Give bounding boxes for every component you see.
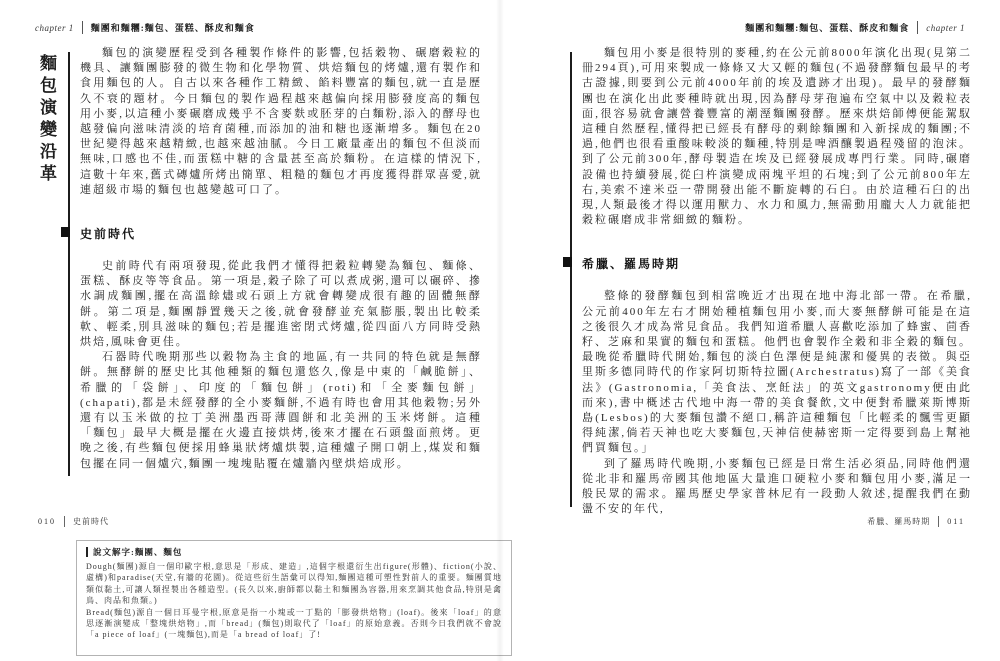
section-heading-prehistoric: 史前時代 [80, 225, 482, 242]
body-paragraph: 史前時代有兩項發現,從此我們才懂得把穀粒轉變為麵包、麵條、蛋糕、酥皮等等食品。第… [80, 259, 482, 350]
header-divider-rule [82, 21, 83, 34]
etymology-note-paragraph: Bread(麵包)源自一個日耳曼字根,原意是指一小塊或一丁點的「膨發烘焙物」(l… [86, 607, 502, 641]
folio-divider-rule [938, 516, 939, 527]
body-paragraph: 到了羅馬時代晚期,小麥麵包已經是日常生活必須品,同時他們還從北非和羅馬帝國其他地… [582, 457, 972, 518]
etymology-note-title: 說文解字:麵團、麵包 [93, 546, 182, 558]
text-column-left: 麵包的演變歷程受到各種製作條件的影響,包括穀物、碾磨穀粒的機具、讓麵團膨發的微生… [80, 46, 482, 472]
folio-left: 010 史前時代 [38, 516, 109, 527]
etymology-note-paragraph: Dough(麵團)源自一個印歐字根,意思是「形成、建造」,這個字根還衍生出fig… [86, 561, 502, 607]
folio-right: 希臘、羅馬時期 011 [867, 516, 965, 527]
section-marker-icon [61, 227, 70, 237]
page-number: 011 [947, 517, 965, 526]
etymology-note-box: 說文解字:麵團、麵包 Dough(麵團)源自一個印歐字根,意思是「形成、建造」,… [76, 540, 512, 656]
margin-rule-left [68, 52, 70, 476]
chapter-label: chapter 1 [926, 23, 965, 33]
section-heading-text: 史前時代 [80, 227, 136, 241]
running-head-title: 麵團和麵糰:麵包、蛋糕、酥皮和麵食 [745, 21, 909, 34]
body-paragraph: 整條的發酵麵包到相當晚近才出現在地中海北部一帶。在希臘,公元前400年左右才開始… [582, 289, 972, 456]
section-marker-icon [563, 257, 572, 267]
page-number: 010 [38, 517, 56, 526]
note-title-bar-icon [86, 547, 88, 557]
folio-section-label: 史前時代 [73, 516, 109, 527]
body-paragraph: 麵包用小麥是很特別的麥種,約在公元前8000年演化出現(見第二冊294頁),可用… [582, 46, 972, 228]
section-heading-greek-roman: 希臘、羅馬時期 [582, 255, 972, 272]
header-divider-rule [917, 21, 918, 34]
folio-divider-rule [64, 516, 65, 527]
chapter-vertical-title: 麵包演變沿革 [34, 54, 59, 214]
running-head-left: chapter 1 麵團和麵糰:麵包、蛋糕、酥皮和麵食 [35, 21, 255, 34]
margin-rule-right [570, 52, 572, 507]
etymology-note-title-row: 說文解字:麵團、麵包 [86, 546, 502, 558]
intro-paragraph: 麵包的演變歷程受到各種製作條件的影響,包括穀物、碾磨穀粒的機具、讓麵團膨發的微生… [80, 46, 482, 198]
chapter-label: chapter 1 [35, 23, 74, 33]
running-head-right: 麵團和麵糰:麵包、蛋糕、酥皮和麵食 chapter 1 [745, 21, 965, 34]
body-paragraph: 石器時代晚期那些以穀物為主食的地區,有一共同的特色就是無酵餅。無酵餅的歷史比其他… [80, 350, 482, 472]
book-spread: chapter 1 麵團和麵糰:麵包、蛋糕、酥皮和麵食 麵包演變沿革 麵包的演變… [0, 0, 1000, 661]
running-head-title: 麵團和麵糰:麵包、蛋糕、酥皮和麵食 [91, 21, 255, 34]
folio-section-label: 希臘、羅馬時期 [867, 516, 930, 527]
section-heading-text: 希臘、羅馬時期 [582, 257, 680, 271]
page-fold [496, 0, 504, 661]
text-column-right: 麵包用小麥是很特別的麥種,約在公元前8000年演化出現(見第二冊294頁),可用… [582, 46, 972, 517]
